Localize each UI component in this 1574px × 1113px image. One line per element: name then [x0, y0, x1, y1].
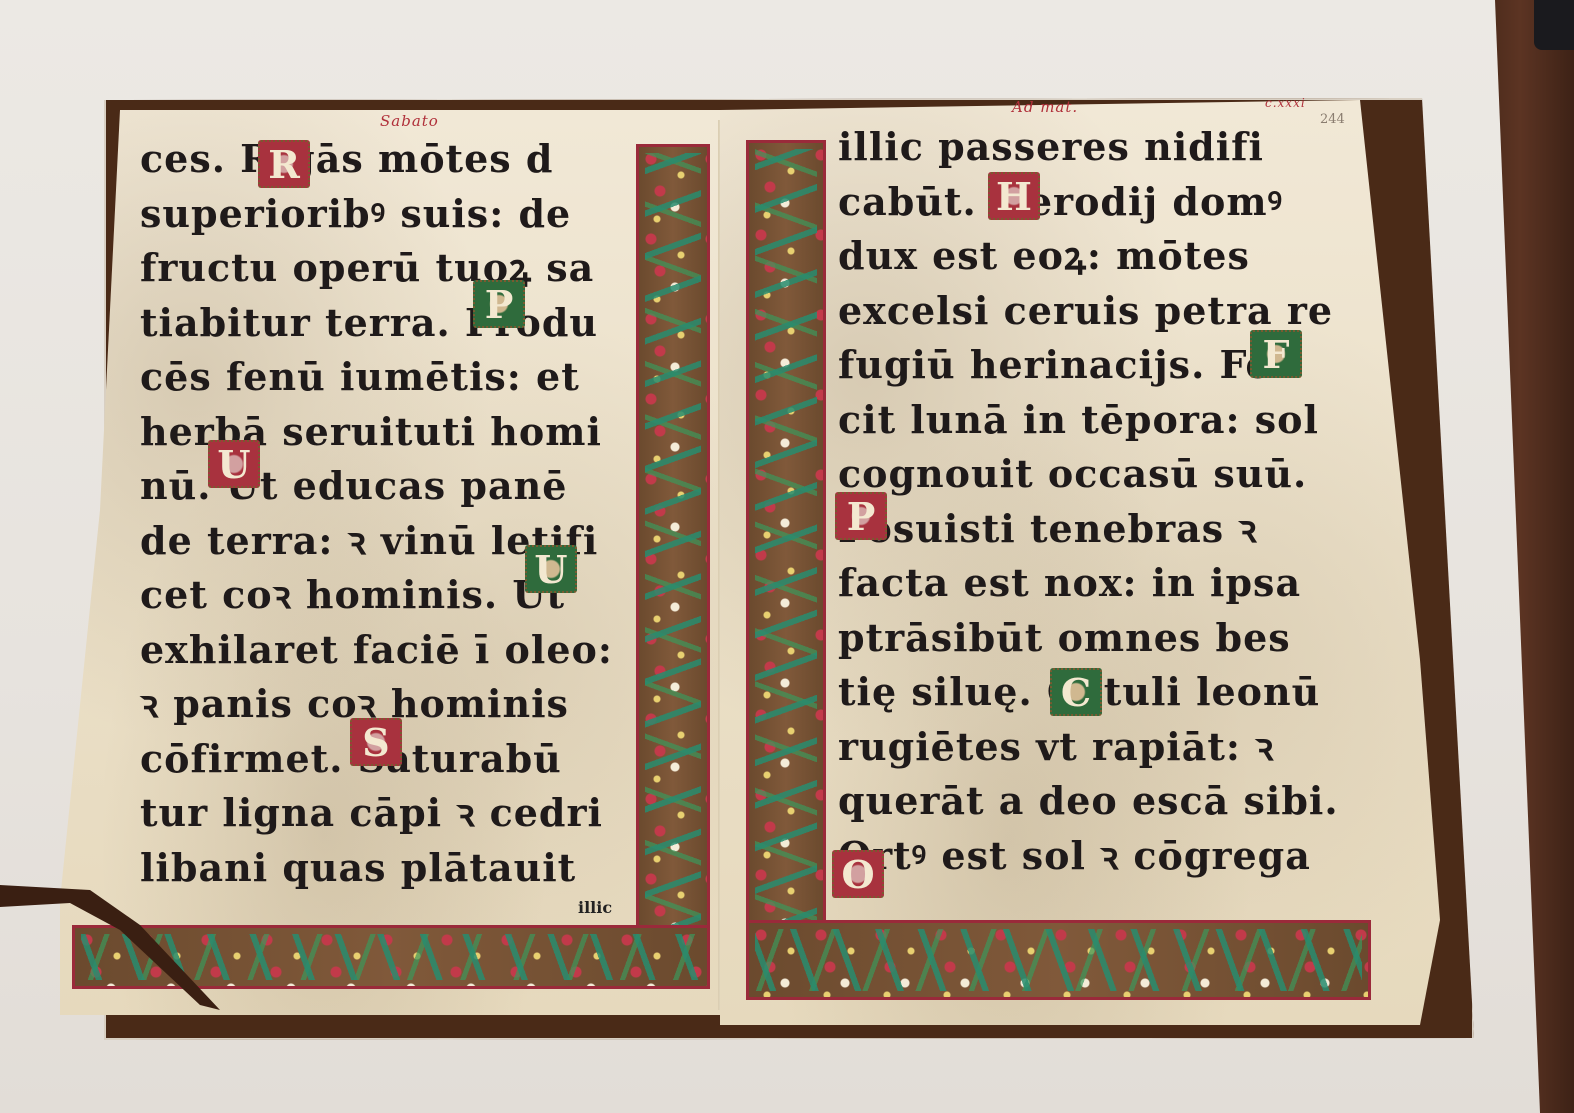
- decorated-initial: C: [1050, 668, 1102, 716]
- decorated-initial: S: [350, 718, 402, 766]
- text-line: querāt a deo escā sibi.: [838, 774, 1339, 829]
- left-running-head: Sabato: [380, 112, 439, 130]
- text-line: rugiētes vt rapiāt: ꝛ: [838, 720, 1339, 775]
- catchword: illic: [578, 898, 612, 917]
- text-line: cabūt. Herodij domꝰ: [838, 175, 1339, 230]
- decorated-initial: O: [832, 850, 884, 898]
- illuminated-border-bottom-right: [746, 920, 1371, 1000]
- decorated-initial: U: [208, 440, 260, 488]
- decorated-initial: U: [525, 545, 577, 593]
- decorated-initial: F: [1250, 330, 1302, 378]
- dark-object-corner: [1534, 0, 1574, 50]
- text-line: cit lunā in tēpora: sol: [838, 393, 1339, 448]
- text-line: tiabitur terra. Produ: [140, 296, 613, 351]
- text-line: libani quas plātauit: [140, 841, 613, 896]
- right-running-head: Ad mat.: [1012, 98, 1078, 116]
- text-line: Ortꝰ est sol ꝛ cōgrega: [838, 829, 1339, 884]
- right-page-text: illic passeres nidifi cabūt. Herodij dom…: [838, 120, 1339, 883]
- decorated-initial: P: [835, 492, 887, 540]
- text-line: cognouit occasū suū.: [838, 447, 1339, 502]
- decorated-initial: R: [258, 140, 310, 188]
- decorated-initial: H: [988, 172, 1040, 220]
- illuminated-border-vertical-left: [636, 144, 710, 984]
- text-line: exhilaret faciē ī oleo:: [140, 623, 613, 678]
- text-line: superioribꝰ suis: de: [140, 187, 613, 242]
- text-line: fructu operū tuoꝝ sa: [140, 241, 613, 296]
- folio-number: c.xxxi: [1265, 96, 1306, 110]
- text-line: Posuisti tenebras ꝛ: [838, 502, 1339, 557]
- text-line: ces. Rigās mōtes d: [140, 132, 613, 187]
- left-page-text: ces. Rigās mōtes d superioribꝰ suis: de …: [140, 132, 613, 895]
- text-line: ptrāsibūt omnes bes: [838, 611, 1339, 666]
- text-line: illic passeres nidifi: [838, 120, 1339, 175]
- text-line: tur ligna cāpi ꝛ cedri: [140, 786, 613, 841]
- decorated-initial: P: [473, 280, 525, 328]
- text-line: facta est nox: in ipsa: [838, 556, 1339, 611]
- illuminated-border-vertical-right: [746, 140, 826, 985]
- text-line: dux est eoꝝ: mōtes: [838, 229, 1339, 284]
- text-line: cēs fenū iumētis: et: [140, 350, 613, 405]
